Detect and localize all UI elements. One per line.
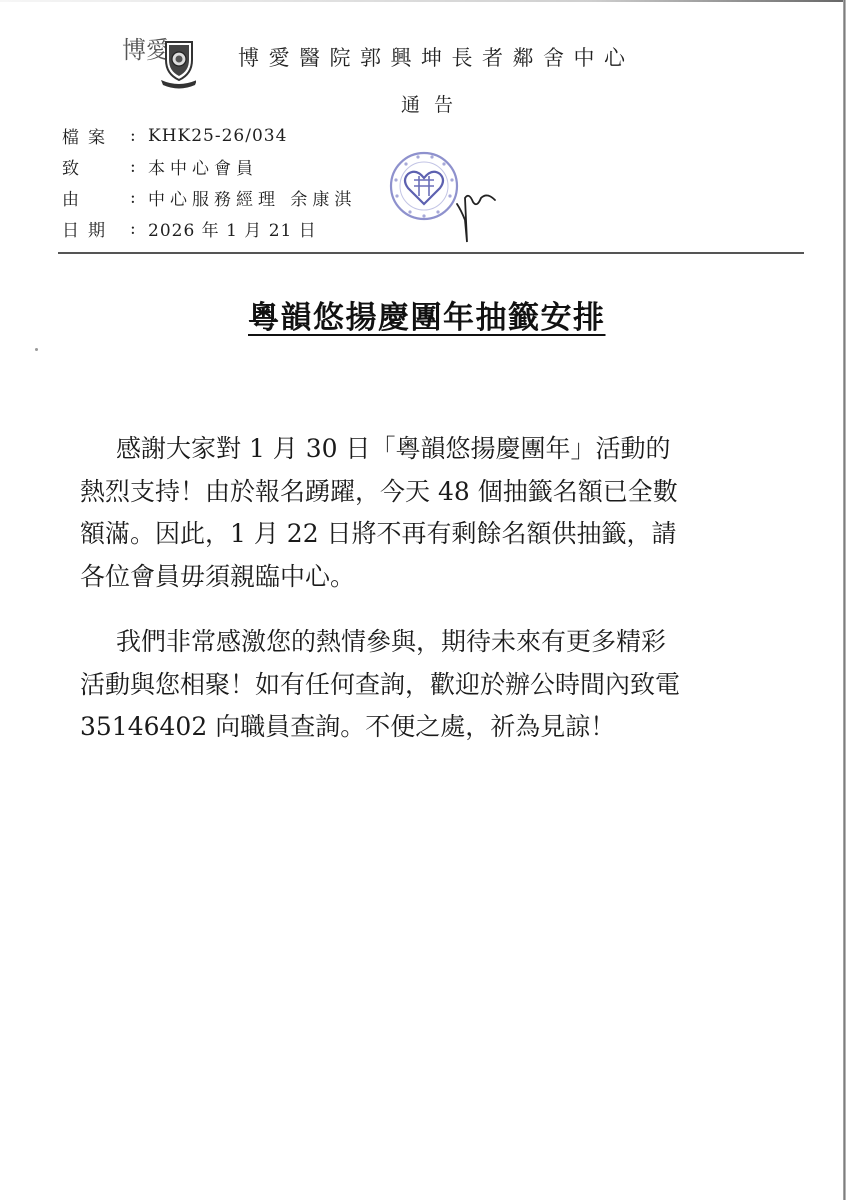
signature xyxy=(455,190,500,245)
meta-value: KHK25-26/034 xyxy=(148,126,287,146)
organization-logo: 博愛 xyxy=(120,28,196,98)
meta-recipient: 致 : 本中心會員 xyxy=(62,151,356,182)
document-meta: 檔案 : KHK25-26/034 致 : 本中心會員 由 : 中心服務經理 余… xyxy=(62,120,356,244)
meta-file-ref: 檔案 : KHK25-26/034 xyxy=(62,120,356,151)
document-type: 通告 xyxy=(401,90,467,117)
meta-label: 日期 xyxy=(62,216,130,241)
meta-colon: : xyxy=(130,188,148,208)
paragraph: 感謝大家對 1 月 30 日「粵韻悠揚慶團年」活動的 熱烈支持！由於報名踴躍，今… xyxy=(80,428,800,598)
meta-label: 致 xyxy=(62,154,130,179)
organization-name: 博愛醫院郭興坤長者鄰舍中心 xyxy=(238,42,635,72)
body-line: 35146402 向職員查詢。不便之處，祈為見諒！ xyxy=(80,706,800,749)
paragraph: 我們非常感激您的熱情參與，期待未來有更多精彩 活動與您相聚！如有任何查詢，歡迎於… xyxy=(80,621,800,749)
meta-value: 本中心會員 xyxy=(148,154,258,179)
meta-colon: : xyxy=(130,126,148,146)
header-divider xyxy=(58,252,804,254)
meta-sender: 由 : 中心服務經理 余康淇 xyxy=(62,182,356,213)
stamp-icon xyxy=(388,150,460,222)
notice-title: 粵韻悠揚慶團年抽籤安排 xyxy=(248,292,606,337)
meta-label: 檔案 xyxy=(62,123,130,148)
logo-icon: 博愛 xyxy=(120,28,196,98)
meta-value: 2026 年 1 月 21 日 xyxy=(148,216,317,241)
body-line: 感謝大家對 1 月 30 日「粵韻悠揚慶團年」活動的 xyxy=(80,428,800,471)
meta-colon: : xyxy=(130,219,148,239)
scan-right-edge xyxy=(843,0,846,1200)
body-line: 活動與您相聚！如有任何查詢，歡迎於辦公時間內致電 xyxy=(80,664,800,707)
official-stamp xyxy=(388,150,460,222)
body-line: 各位會員毋須親臨中心。 xyxy=(80,556,800,599)
meta-value: 中心服務經理 余康淇 xyxy=(148,185,356,210)
notice-body: 感謝大家對 1 月 30 日「粵韻悠揚慶團年」活動的 熱烈支持！由於報名踴躍，今… xyxy=(80,428,800,772)
body-line: 我們非常感激您的熱情參與，期待未來有更多精彩 xyxy=(80,621,800,664)
svg-text:博愛: 博愛 xyxy=(122,36,170,64)
body-line: 額滿。因此，1 月 22 日將不再有剩餘名額供抽籤，請 xyxy=(80,513,800,556)
signature-icon xyxy=(455,190,500,245)
meta-label: 由 xyxy=(62,185,130,210)
meta-date: 日期 : 2026 年 1 月 21 日 xyxy=(62,213,356,244)
scan-top-edge xyxy=(0,0,845,2)
scan-speck xyxy=(35,348,38,351)
meta-colon: : xyxy=(130,157,148,177)
body-line: 熱烈支持！由於報名踴躍，今天 48 個抽籤名額已全數 xyxy=(80,471,800,514)
